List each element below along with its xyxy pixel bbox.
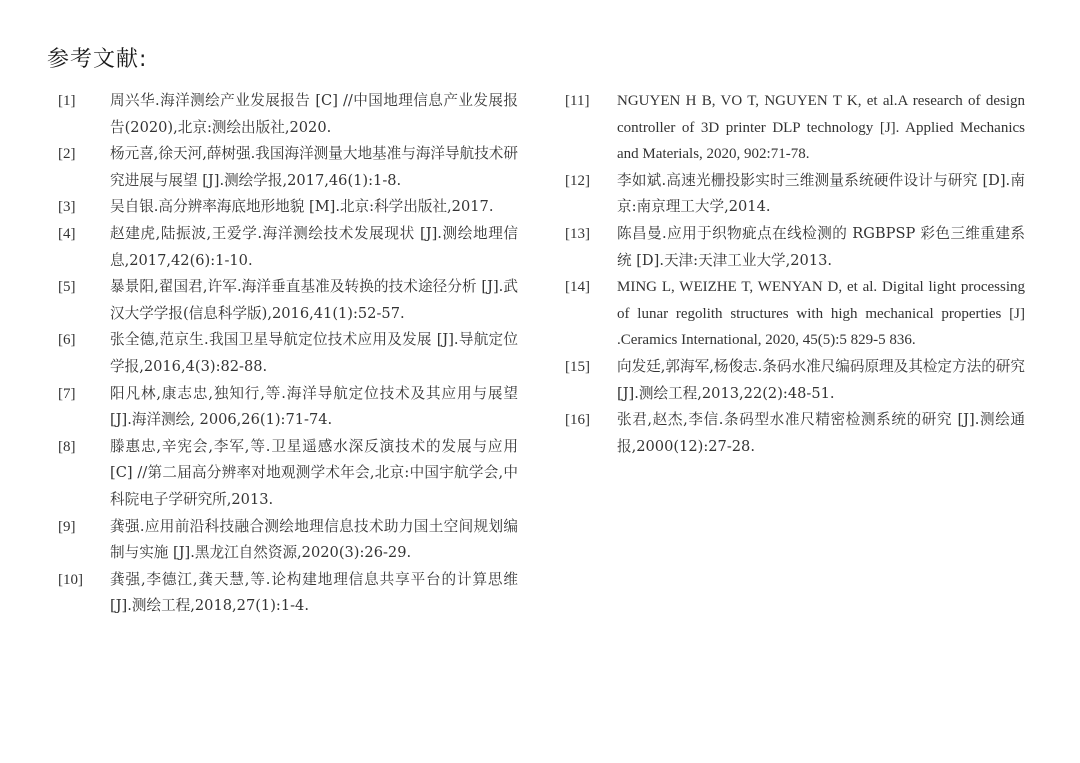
reference-text: 周兴华.海洋测绘产业发展报告 [C] //中国地理信息产业发展报告(2020),… — [110, 88, 518, 141]
reference-number: [6] — [58, 327, 110, 354]
reference-text: 吴自银.高分辨率海底地形地貌 [M].北京:科学出版社,2017. — [110, 194, 518, 221]
references-column-right: [11]NGUYEN H B, VO T, NGUYEN T K, et al.… — [565, 88, 1025, 460]
reference-text: 赵建虎,陆振波,王爱学.海洋测绘技术发展现状 [J].测绘地理信息,2017,4… — [110, 221, 518, 274]
reference-text: 暴景阳,翟国君,许军.海洋垂直基准及转换的技术途径分析 [J].武汉大学学报(信… — [110, 274, 518, 327]
reference-item: [3]吴自银.高分辨率海底地形地貌 [M].北京:科学出版社,2017. — [58, 194, 518, 221]
reference-number: [1] — [58, 88, 110, 115]
reference-item: [16]张君,赵杰,李信.条码型水准尺精密检测系统的研究 [J].测绘通报,20… — [565, 407, 1025, 460]
references-heading: 参考文献: — [47, 42, 147, 73]
reference-item: [8]滕惠忠,辛宪会,李军,等.卫星遥感水深反演技术的发展与应用 [C] //第… — [58, 434, 518, 514]
reference-text: 龚强.应用前沿科技融合测绘地理信息技术助力国土空间规划编制与实施 [J].黑龙江… — [110, 514, 518, 567]
reference-number: [5] — [58, 274, 110, 301]
reference-text: 张君,赵杰,李信.条码型水准尺精密检测系统的研究 [J].测绘通报,2000(1… — [617, 407, 1025, 460]
reference-number: [12] — [565, 168, 617, 195]
reference-text: NGUYEN H B, VO T, NGUYEN T K, et al.A re… — [617, 88, 1025, 168]
reference-item: [9]龚强.应用前沿科技融合测绘地理信息技术助力国土空间规划编制与实施 [J].… — [58, 514, 518, 567]
reference-text: 向发廷,郭海军,杨俊志.条码水准尺编码原理及其检定方法的研究 [J].测绘工程,… — [617, 354, 1025, 407]
reference-number: [14] — [565, 274, 617, 301]
reference-number: [10] — [58, 567, 110, 594]
reference-item: [7]阳凡林,康志忠,独知行,等.海洋导航定位技术及其应用与展望 [J].海洋测… — [58, 381, 518, 434]
reference-number: [13] — [565, 221, 617, 248]
reference-item: [15]向发廷,郭海军,杨俊志.条码水准尺编码原理及其检定方法的研究 [J].测… — [565, 354, 1025, 407]
reference-item: [2]杨元喜,徐天河,薛树强.我国海洋测量大地基准与海洋导航技术研究进展与展望 … — [58, 141, 518, 194]
reference-item: [12]李如斌.高速光栅投影实时三维测量系统硬件设计与研究 [D].南京:南京理… — [565, 168, 1025, 221]
reference-number: [2] — [58, 141, 110, 168]
reference-number: [15] — [565, 354, 617, 381]
reference-number: [9] — [58, 514, 110, 541]
reference-item: [6]张全德,范京生.我国卫星导航定位技术应用及发展 [J].导航定位学报,20… — [58, 327, 518, 380]
reference-item: [14]MING L, WEIZHE T, WENYAN D, et al. D… — [565, 274, 1025, 354]
reference-number: [7] — [58, 381, 110, 408]
reference-text: MING L, WEIZHE T, WENYAN D, et al. Digit… — [617, 274, 1025, 354]
reference-item: [5]暴景阳,翟国君,许军.海洋垂直基准及转换的技术途径分析 [J].武汉大学学… — [58, 274, 518, 327]
reference-number: [3] — [58, 194, 110, 221]
reference-number: [16] — [565, 407, 617, 434]
reference-item: [1]周兴华.海洋测绘产业发展报告 [C] //中国地理信息产业发展报告(202… — [58, 88, 518, 141]
reference-text: 滕惠忠,辛宪会,李军,等.卫星遥感水深反演技术的发展与应用 [C] //第二届高… — [110, 434, 518, 514]
references-column-left: [1]周兴华.海洋测绘产业发展报告 [C] //中国地理信息产业发展报告(202… — [58, 88, 518, 620]
reference-text: 杨元喜,徐天河,薛树强.我国海洋测量大地基准与海洋导航技术研究进展与展望 [J]… — [110, 141, 518, 194]
reference-number: [11] — [565, 88, 617, 115]
reference-text: 陈昌曼.应用于织物疵点在线检测的 RGBPSP 彩色三维重建系统 [D].天津:… — [617, 221, 1025, 274]
reference-item: [4]赵建虎,陆振波,王爱学.海洋测绘技术发展现状 [J].测绘地理信息,201… — [58, 221, 518, 274]
reference-item: [10]龚强,李德江,龚天慧,等.论构建地理信息共享平台的计算思维 [J].测绘… — [58, 567, 518, 620]
reference-item: [11]NGUYEN H B, VO T, NGUYEN T K, et al.… — [565, 88, 1025, 168]
reference-text: 龚强,李德江,龚天慧,等.论构建地理信息共享平台的计算思维 [J].测绘工程,2… — [110, 567, 518, 620]
reference-text: 张全德,范京生.我国卫星导航定位技术应用及发展 [J].导航定位学报,2016,… — [110, 327, 518, 380]
reference-text: 李如斌.高速光栅投影实时三维测量系统硬件设计与研究 [D].南京:南京理工大学,… — [617, 168, 1025, 221]
reference-number: [8] — [58, 434, 110, 461]
reference-number: [4] — [58, 221, 110, 248]
reference-text: 阳凡林,康志忠,独知行,等.海洋导航定位技术及其应用与展望 [J].海洋测绘, … — [110, 381, 518, 434]
reference-item: [13]陈昌曼.应用于织物疵点在线检测的 RGBPSP 彩色三维重建系统 [D]… — [565, 221, 1025, 274]
